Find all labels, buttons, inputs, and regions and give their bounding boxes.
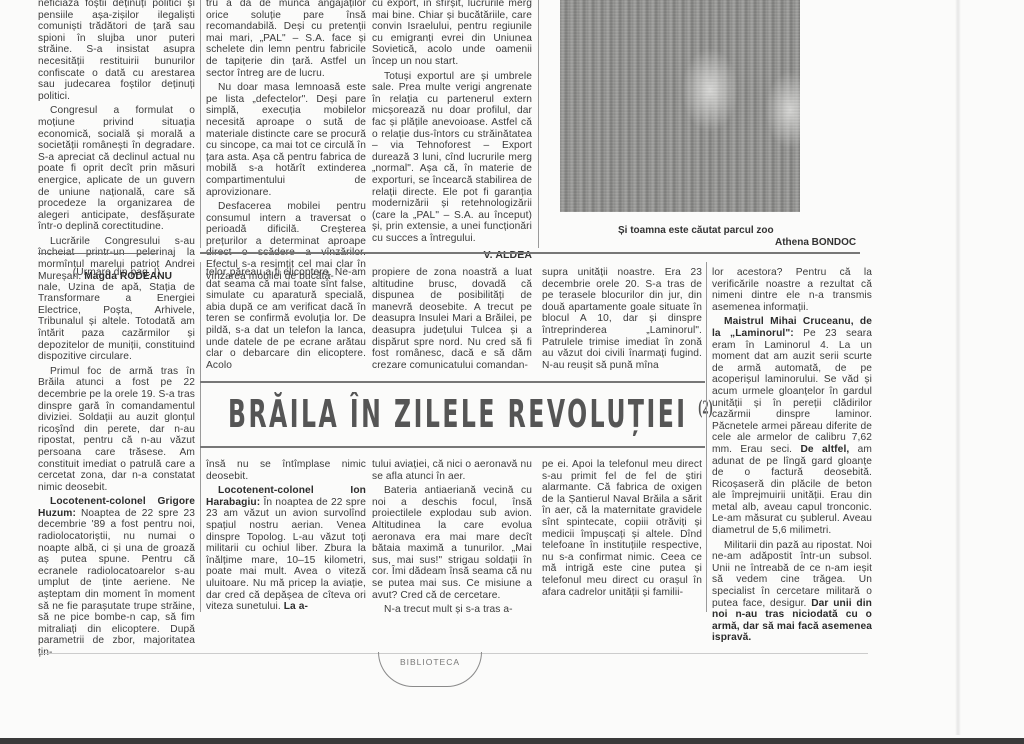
paragraph: Locotenent-colonel Grigore Huzum: Noapte… — [38, 496, 195, 658]
main-col-5: lor acestora? Pentru că la verificările … — [712, 267, 872, 644]
article-col-1-top: neficiază foștii deținuți politici și pe… — [38, 0, 195, 282]
headline-text: BRĂILA ÎN ZILELE REVOLUȚIEI — [228, 392, 688, 436]
headline-bottom-rule — [200, 446, 705, 448]
paragraph: neficiază foștii deținuți politici și pe… — [38, 0, 195, 102]
paragraph: Congresul a formulat o moțiune privind s… — [38, 105, 195, 233]
photo-credit: Athena BONDOC — [775, 237, 856, 248]
main-col-2-lower: însă nu se întîmplase nimic deosebit. Lo… — [206, 459, 366, 613]
main-headline: BRĂILA ÎN ZILELE REVOLUȚIEI (2) — [228, 392, 550, 444]
headline-top-rule — [200, 381, 705, 383]
paragraph: Totuși exportul are și umbrele sale. Pre… — [372, 71, 532, 245]
column-divider — [706, 262, 707, 612]
column-divider — [538, 0, 539, 248]
main-col-3-upper: propiere de zona noastră a luat altitudi… — [372, 267, 532, 371]
paragraph: însă nu se întîmplase nimic deosebit. — [206, 459, 366, 482]
paragraph: tului aviației, că nici o aeronavă nu se… — [372, 459, 532, 482]
section-divider — [200, 252, 860, 254]
paragraph: nale, Uzina de apă, Stația de Transforma… — [38, 282, 195, 363]
photo-zoo — [560, 0, 800, 212]
paragraph: propiere de zona noastră a luat altitudi… — [372, 267, 532, 371]
photo-caption: Și toamna este căutat parcul zoo — [618, 225, 774, 236]
paragraph: Maistrul Mihai Cruceanu, de la „Laminoru… — [712, 316, 872, 536]
paragraph: supra unității noastre. Era 23 decembrie… — [542, 267, 702, 371]
main-col-1: (Urmare din pag. I) nale, Uzina de apă, … — [38, 267, 195, 659]
paragraph: N-a trecut mult și s-a tras a- — [372, 604, 532, 616]
library-stamp: BIBLIOTECA — [378, 652, 482, 687]
article-col-3-top: cu export, în sfîrșit, lucrurile merg ma… — [372, 0, 532, 262]
paragraph: Bateria antiaeriană vecină cu noi a desc… — [372, 485, 532, 601]
main-col-4-upper: supra unității noastre. Era 23 decembrie… — [542, 267, 702, 371]
main-col-3-lower: tului aviației, că nici o aeronavă nu se… — [372, 459, 532, 616]
section-divider — [38, 253, 158, 254]
paragraph: Primul foc de armă tras în Brăila atunci… — [38, 366, 195, 494]
scan-edge — [0, 738, 1024, 744]
page-fold-shadow — [955, 0, 961, 735]
photo-halftone — [560, 0, 800, 212]
paragraph: Militarii din pază au ripostat. Noi ne-a… — [712, 540, 872, 644]
paragraph: pe ei. Apoi la telefonul meu direct s-au… — [542, 459, 702, 598]
continued-from-label: (Urmare din pag. I) — [38, 267, 195, 279]
article-col-2-top: tru a da de muncă angajaților orice solu… — [206, 0, 366, 282]
paragraph: lor acestora? Pentru că la verificările … — [712, 267, 872, 313]
main-col-4-lower: pe ei. Apoi la telefonul meu direct s-au… — [542, 459, 702, 598]
newspaper-page: neficiază foștii deținuți politici și pe… — [0, 0, 1024, 744]
column-divider — [200, 262, 201, 612]
paragraph: Nu doar masa lemnoasă este pe lista „def… — [206, 82, 366, 198]
column-divider — [200, 0, 201, 248]
main-col-2-upper: telor păreau a fi elicoptere. Ne-am dat … — [206, 267, 366, 371]
paragraph: Locotenent-colonel Ion Harabagiu: În noa… — [206, 485, 366, 613]
paragraph: telor păreau a fi elicoptere. Ne-am dat … — [206, 267, 366, 371]
paragraph: tru a da de muncă angajaților orice solu… — [206, 0, 366, 79]
paragraph: cu export, în sfîrșit, lucrurile merg ma… — [372, 0, 532, 68]
